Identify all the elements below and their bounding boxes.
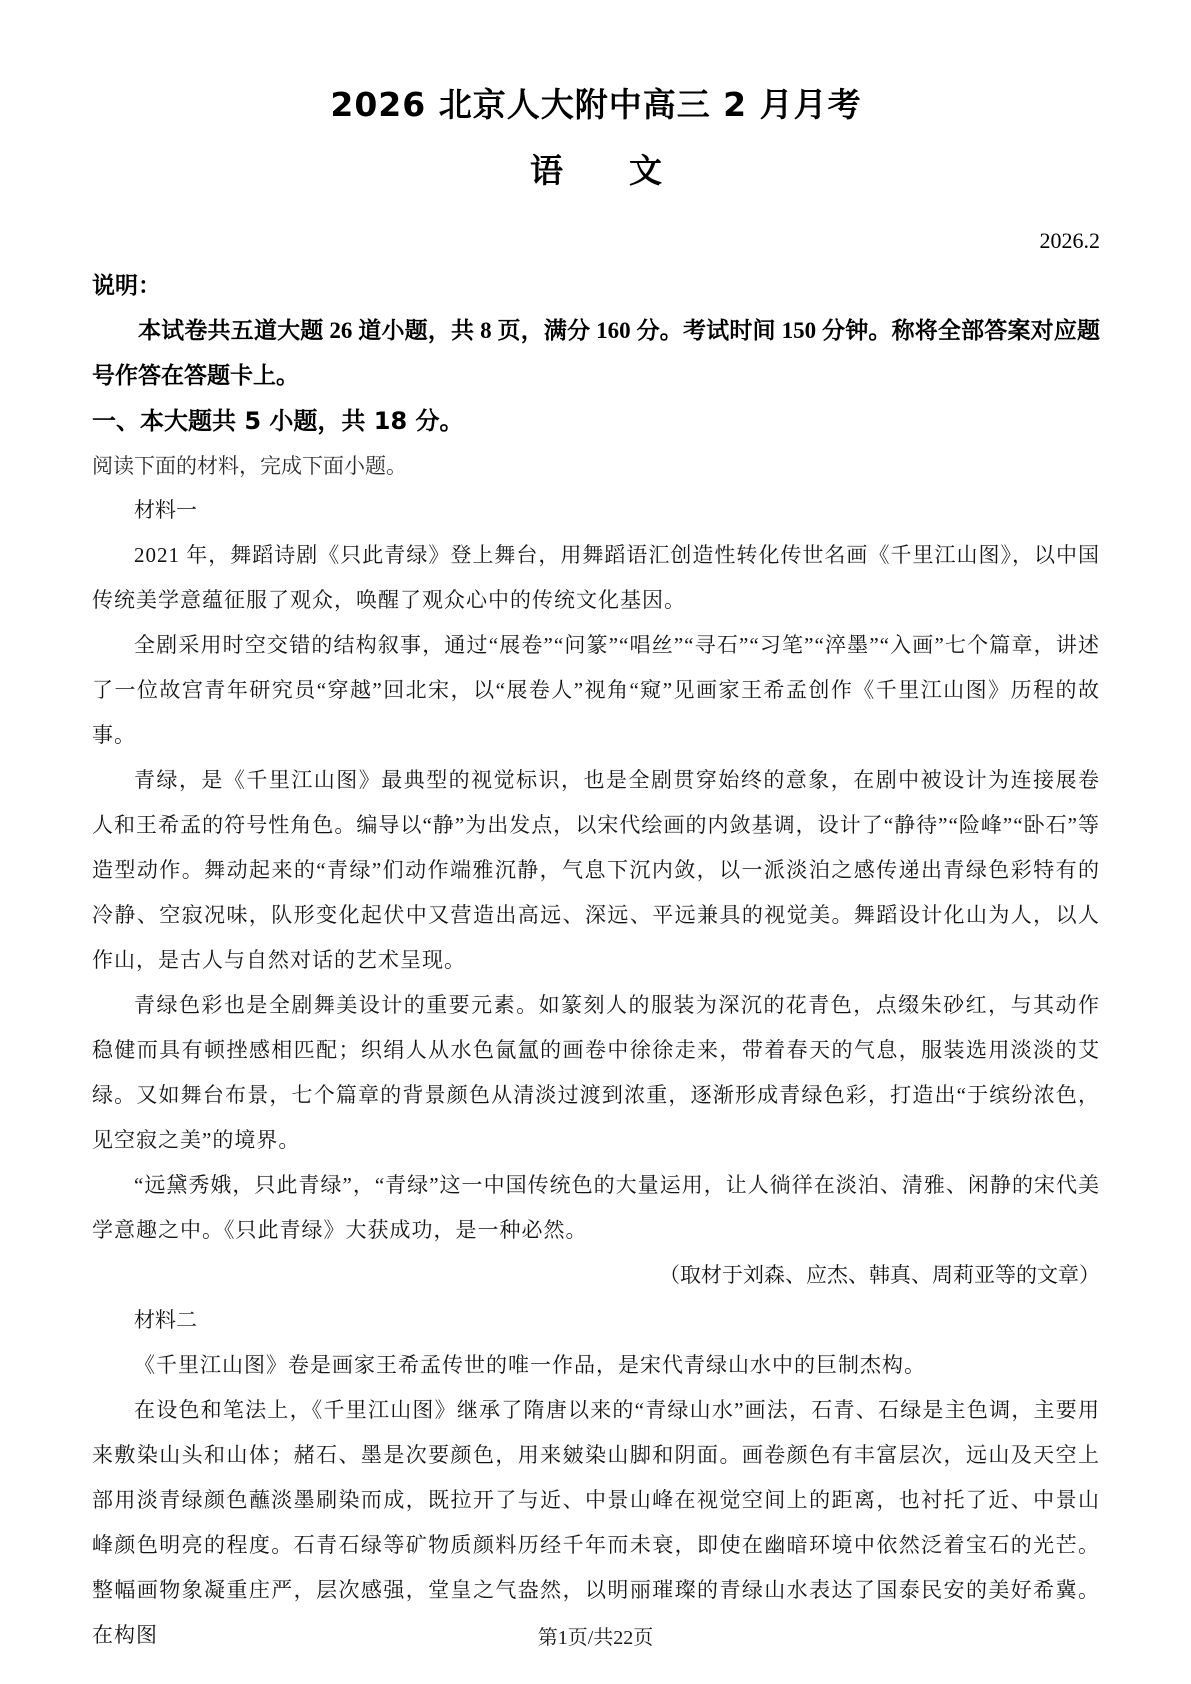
notice-label: 说明：: [92, 264, 1100, 308]
exam-title: 2026 北京人大附中高三 2 月月考: [92, 84, 1100, 126]
exam-document-page: 2026 北京人大附中高三 2 月月考 语 文 2026.2 说明： 本试卷共五…: [0, 0, 1191, 1684]
notice-body: 本试卷共五道大题 26 道小题，共 8 页，满分 160 分。考试时间 150 …: [92, 308, 1100, 398]
reading-instruction: 阅读下面的材料，完成下面小题。: [92, 444, 1100, 488]
section-one-heading: 一、本大题共 5 小题，共 18 分。: [92, 398, 1100, 444]
material-paragraph: 全剧采用时空交错的结构叙事，通过“展卷”“问篆”“唱丝”“寻石”“习笔”“淬墨”…: [92, 623, 1100, 758]
material-two-label: 材料二: [92, 1298, 1100, 1343]
material-paragraph: 在设色和笔法上，《千里江山图》继承了隋唐以来的“青绿山水”画法，石青、石绿是主色…: [92, 1388, 1100, 1658]
material-paragraph: 青绿色彩也是全剧舞美设计的重要元素。如篆刻人的服装为深沉的花青色，点缀朱砂红，与…: [92, 983, 1100, 1163]
material-one-attribution: （取材于刘森、应杰、韩真、周莉亚等的文章）: [92, 1253, 1100, 1298]
material-paragraph: 2021 年，舞蹈诗剧《只此青绿》登上舞台，用舞蹈语汇创造性转化传世名画《千里江…: [92, 533, 1100, 623]
material-paragraph: 《千里江山图》卷是画家王希孟传世的唯一作品，是宋代青绿山水中的巨制杰构。: [92, 1343, 1100, 1388]
material-two-paragraphs: 《千里江山图》卷是画家王希孟传世的唯一作品，是宋代青绿山水中的巨制杰构。在设色和…: [92, 1343, 1100, 1658]
material-paragraph: “远黛秀娥，只此青绿”，“青绿”这一中国传统色的大量运用，让人徜徉在淡泊、清雅、…: [92, 1163, 1100, 1253]
exam-date: 2026.2: [92, 226, 1100, 256]
exam-subject: 语 文: [92, 150, 1100, 192]
material-paragraph: 青绿，是《千里江山图》最典型的视觉标识，也是全剧贯穿始终的意象，在剧中被设计为连…: [92, 758, 1100, 983]
page-number: 第1页/共22页: [0, 1621, 1191, 1650]
material-one-paragraphs: 2021 年，舞蹈诗剧《只此青绿》登上舞台，用舞蹈语汇创造性转化传世名画《千里江…: [92, 533, 1100, 1253]
material-one-label: 材料一: [92, 488, 1100, 533]
page-content: 2026 北京人大附中高三 2 月月考 语 文 2026.2 说明： 本试卷共五…: [92, 84, 1100, 1658]
